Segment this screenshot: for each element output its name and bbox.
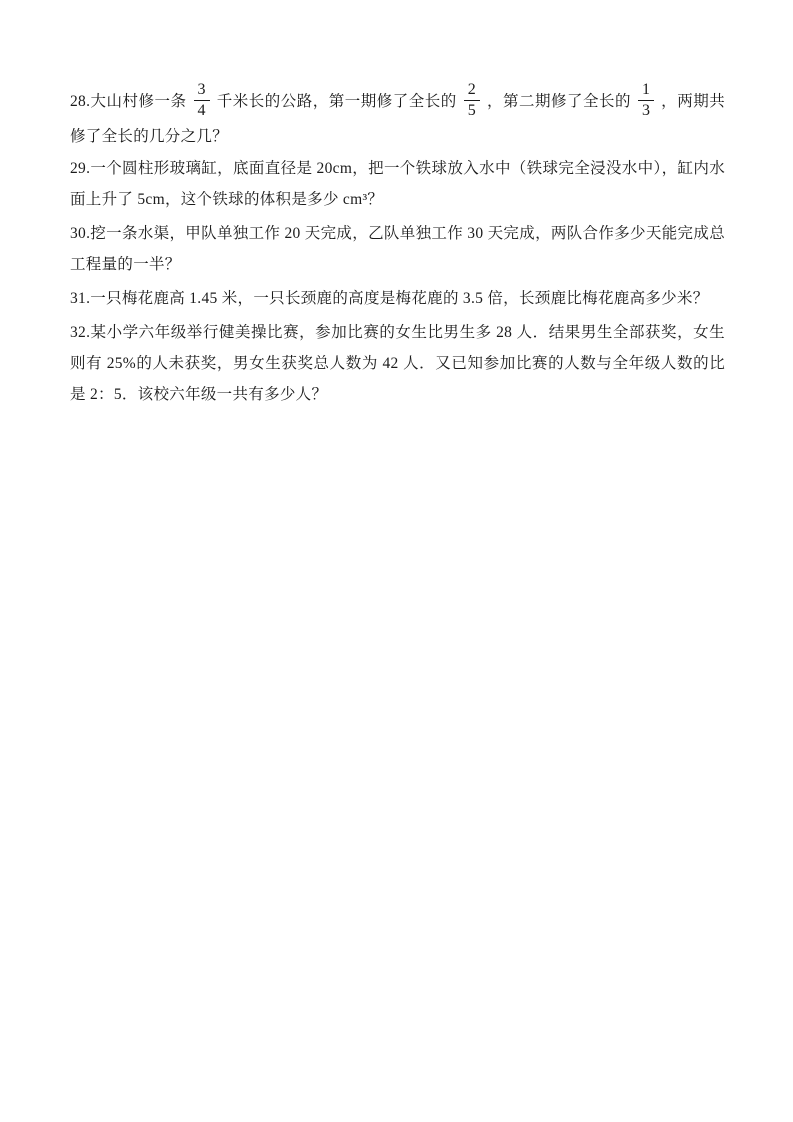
question-29: 29.一个圆柱形玻璃缸，底面直径是 20cm，把一个铁球放入水中（铁球完全浸没水… <box>70 153 725 215</box>
fraction-3-4-denominator: 4 <box>194 101 210 119</box>
fraction-1-3: 13 <box>638 82 654 119</box>
fraction-3-4: 34 <box>194 82 210 119</box>
question-28-text-1: 28.大山村修一条 <box>70 93 187 110</box>
question-28-text-2: 千米长的公路，第一期修了全长的 <box>217 93 457 110</box>
fraction-1-3-denominator: 3 <box>638 101 654 119</box>
question-31: 31.一只梅花鹿高 1.45 米，一只长颈鹿的高度是梅花鹿的 3.5 倍，长颈鹿… <box>70 283 725 314</box>
question-28: 28.大山村修一条34千米长的公路，第一期修了全长的25，第二期修了全长的13，… <box>70 84 725 152</box>
fraction-2-5-numerator: 2 <box>464 82 480 101</box>
question-30: 30.挖一条水渠，甲队单独工作 20 天完成，乙队单独工作 30 天完成，两队合… <box>70 218 725 280</box>
question-32-text: 32.某小学六年级举行健美操比赛，参加比赛的女生比男生多 28 人．结果男生全部… <box>70 324 725 403</box>
fraction-3-4-numerator: 3 <box>194 82 210 101</box>
document-page: 28.大山村修一条34千米长的公路，第一期修了全长的25，第二期修了全长的13，… <box>0 0 793 1122</box>
question-29-text: 29.一个圆柱形玻璃缸，底面直径是 20cm，把一个铁球放入水中（铁球完全浸没水… <box>70 160 725 208</box>
fraction-1-3-numerator: 1 <box>638 82 654 101</box>
question-31-text: 31.一只梅花鹿高 1.45 米，一只长颈鹿的高度是梅花鹿的 3.5 倍，长颈鹿… <box>70 290 709 307</box>
question-28-text-3: ，第二期修了全长的 <box>487 93 631 110</box>
question-30-text: 30.挖一条水渠，甲队单独工作 20 天完成，乙队单独工作 30 天完成，两队合… <box>70 225 725 273</box>
fraction-2-5: 25 <box>464 82 480 119</box>
question-32: 32.某小学六年级举行健美操比赛，参加比赛的女生比男生多 28 人．结果男生全部… <box>70 317 725 410</box>
fraction-2-5-denominator: 5 <box>464 101 480 119</box>
